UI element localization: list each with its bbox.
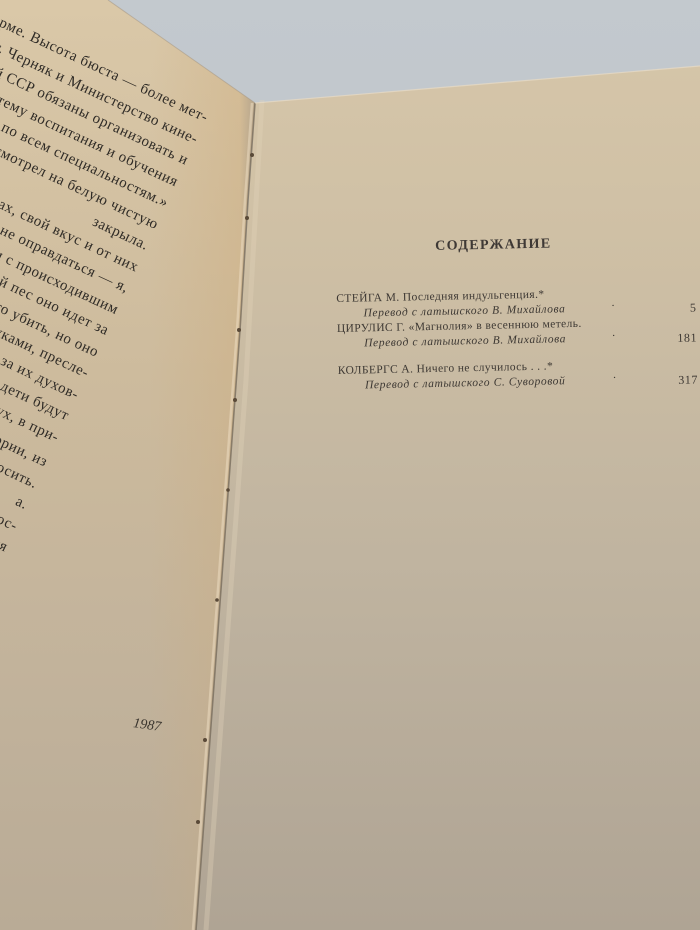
toc-page-number: 317 (678, 372, 698, 387)
toc-leader-dot: · (611, 300, 615, 312)
toc-page-number: 5 (690, 300, 697, 315)
toc-leader-dot: · (613, 372, 617, 384)
toc-title: СОДЕРЖАНИЕ (435, 236, 552, 254)
toc-page-number: 181 (677, 330, 697, 345)
toc-leader-dot: · (612, 330, 616, 342)
